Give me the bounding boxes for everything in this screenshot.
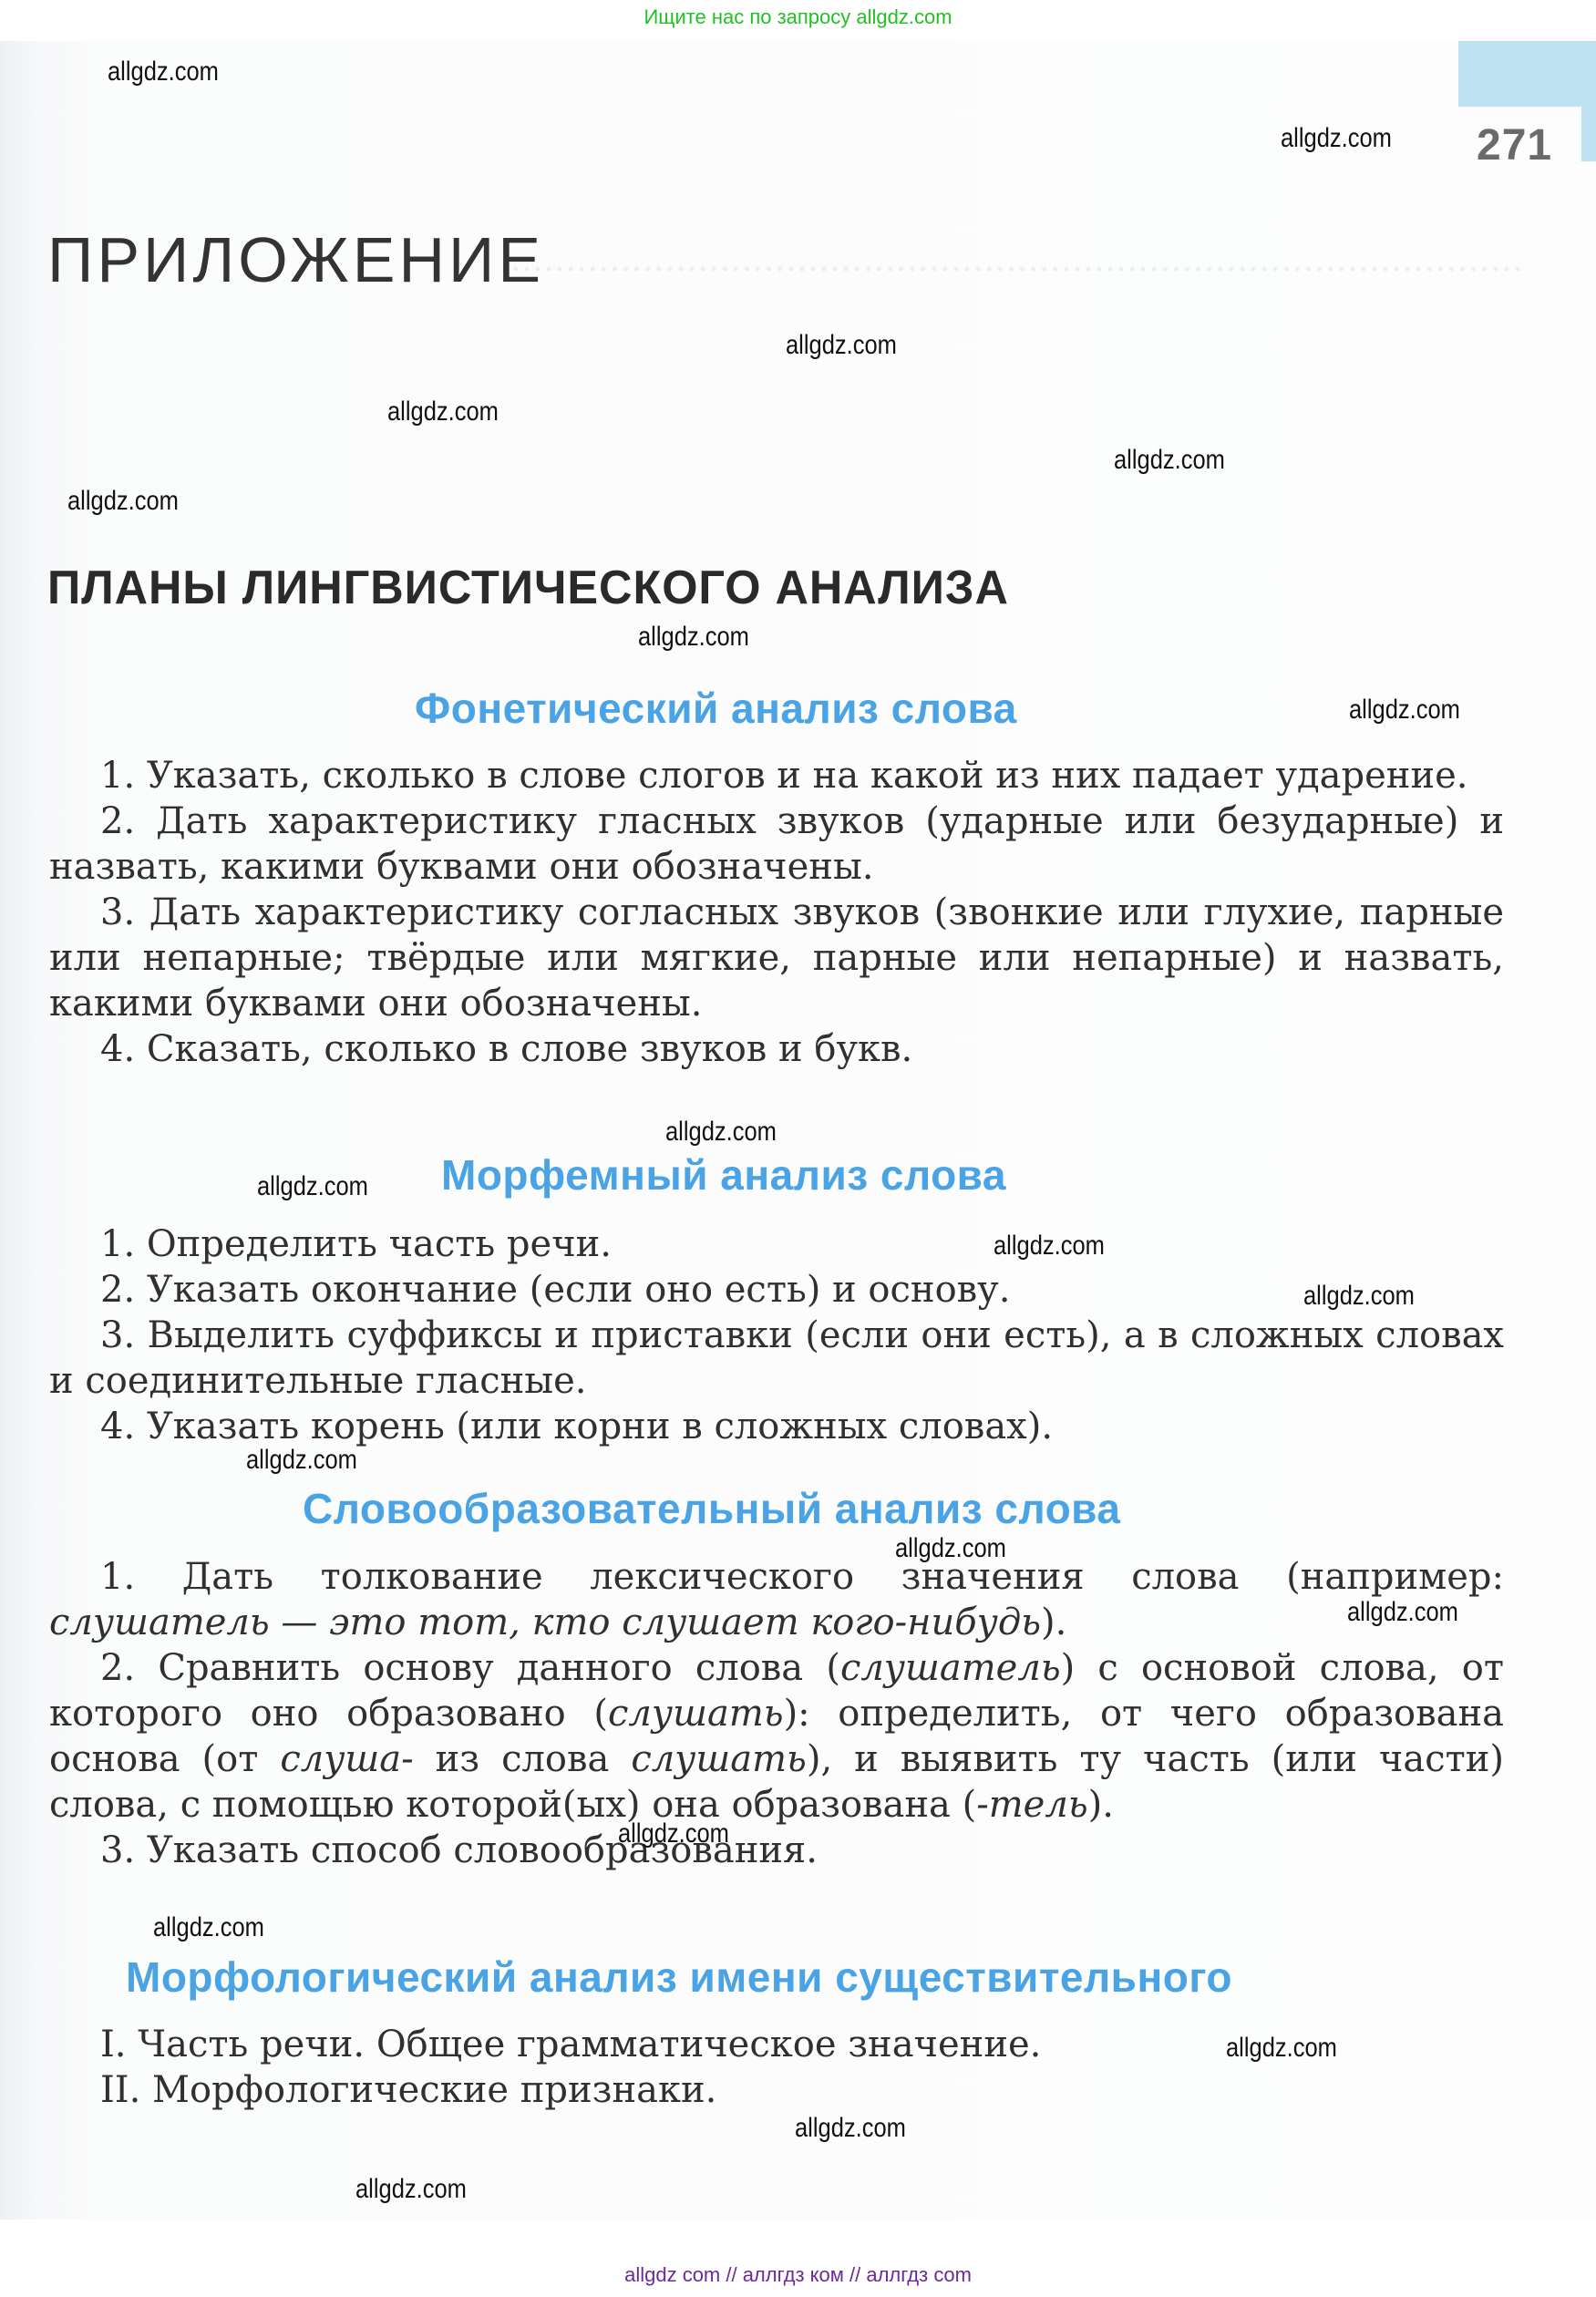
watermark-link[interactable]: allgdz.com — [994, 1231, 1105, 1262]
watermark-link[interactable]: allgdz.com — [1349, 695, 1460, 726]
morphemic-item-3: 3. Выделить суффиксы и приставки (если о… — [49, 1313, 1504, 1404]
bottom-banner[interactable]: allgdz com // аллгдз ком // аллгдз com — [0, 2263, 1596, 2287]
example-italic: -тель — [976, 1784, 1087, 1826]
textbook-page — [0, 41, 1596, 2220]
corner-tab-edge — [1581, 107, 1596, 161]
watermark-link[interactable]: allgdz.com — [257, 1171, 368, 1202]
appendix-title: ПРИЛОЖЕНИЕ — [47, 223, 544, 296]
morphemic-item-4: 4. Указать корень (или корни в сложных с… — [49, 1404, 1504, 1449]
plans-title: ПЛАНЫ ЛИНГВИСТИЧЕСКОГО АНАЛИЗА — [47, 561, 1009, 615]
example-italic: слушать — [608, 1693, 784, 1735]
word-formation-item-2: 2. Сравнить основу данного слова (слушат… — [49, 1645, 1504, 1828]
corner-tab-decoration — [1458, 41, 1596, 107]
watermark-link[interactable]: allgdz.com — [638, 622, 749, 653]
watermark-link[interactable]: allgdz.com — [1281, 123, 1392, 154]
word-formation-list: 1. Дать толкование лексического значения… — [49, 1554, 1504, 1873]
section-heading-phonetic: Фонетический анализ слова — [415, 684, 1017, 733]
watermark-link[interactable]: allgdz.com — [1226, 2033, 1337, 2064]
phonetic-item-4: 4. Сказать, сколько в слове звуков и бук… — [49, 1026, 1504, 1072]
item-text: ). — [1088, 1784, 1114, 1826]
watermark-link[interactable]: allgdz.com — [795, 2113, 906, 2144]
watermark-link[interactable]: allgdz.com — [153, 1912, 264, 1943]
item-text-end: ). — [1041, 1602, 1066, 1643]
example-italic: слушать — [631, 1738, 807, 1780]
watermark-link[interactable]: allgdz.com — [895, 1533, 1006, 1564]
watermark-link[interactable]: allgdz.com — [67, 486, 179, 517]
phonetic-item-1: 1. Указать, сколько в слове слогов и на … — [49, 753, 1504, 798]
watermark-link[interactable]: allgdz.com — [246, 1445, 357, 1476]
watermark-link[interactable]: allgdz.com — [355, 2174, 467, 2205]
morphemic-list: 1. Определить часть речи. 2. Указать око… — [49, 1221, 1504, 1449]
watermark-link[interactable]: allgdz.com — [1347, 1597, 1458, 1628]
item-text: 2. Сравнить основу данного слова ( — [100, 1647, 840, 1689]
watermark-link[interactable]: allgdz.com — [387, 397, 499, 427]
example-italic: слушатель — [840, 1647, 1061, 1689]
page-number: 271 — [1477, 120, 1552, 170]
watermark-link[interactable]: allgdz.com — [1114, 445, 1225, 476]
top-banner[interactable]: Ищите нас по запросу allgdz.com — [0, 5, 1596, 29]
watermark-link[interactable]: allgdz.com — [618, 1818, 729, 1849]
watermark-link[interactable]: allgdz.com — [108, 57, 219, 88]
word-formation-item-3: 3. Указать способ словообразования. — [49, 1828, 1504, 1873]
example-italic: слуша- — [280, 1738, 413, 1780]
section-heading-noun-morphology: Морфологический анализ имени существител… — [126, 1952, 1232, 2002]
phonetic-item-3: 3. Дать характеристику согласных звуков … — [49, 890, 1504, 1026]
item-text: из слова — [414, 1738, 632, 1780]
item-text: 1. Дать толкование лексического значения… — [100, 1556, 1504, 1598]
watermark-link[interactable]: allgdz.com — [786, 330, 897, 361]
morphemic-item-2: 2. Указать окончание (если оно есть) и о… — [49, 1267, 1504, 1313]
noun-morphology-item-2: II. Морфологические признаки. — [49, 2067, 1504, 2113]
phonetic-list: 1. Указать, сколько в слове слогов и на … — [49, 753, 1504, 1072]
morphemic-item-1: 1. Определить часть речи. — [49, 1221, 1504, 1267]
phonetic-item-2: 2. Дать характеристику гласных звуков (у… — [49, 798, 1504, 890]
word-formation-item-1: 1. Дать толкование лексического значения… — [49, 1554, 1504, 1645]
section-heading-word-formation: Словообразовательный анализ слова — [303, 1484, 1120, 1533]
example-italic: слушатель — это тот, кто слушает кого-ни… — [49, 1602, 1041, 1643]
section-heading-morphemic: Морфемный анализ слова — [441, 1150, 1006, 1200]
watermark-link[interactable]: allgdz.com — [1303, 1281, 1415, 1312]
watermark-link[interactable]: allgdz.com — [665, 1117, 777, 1148]
